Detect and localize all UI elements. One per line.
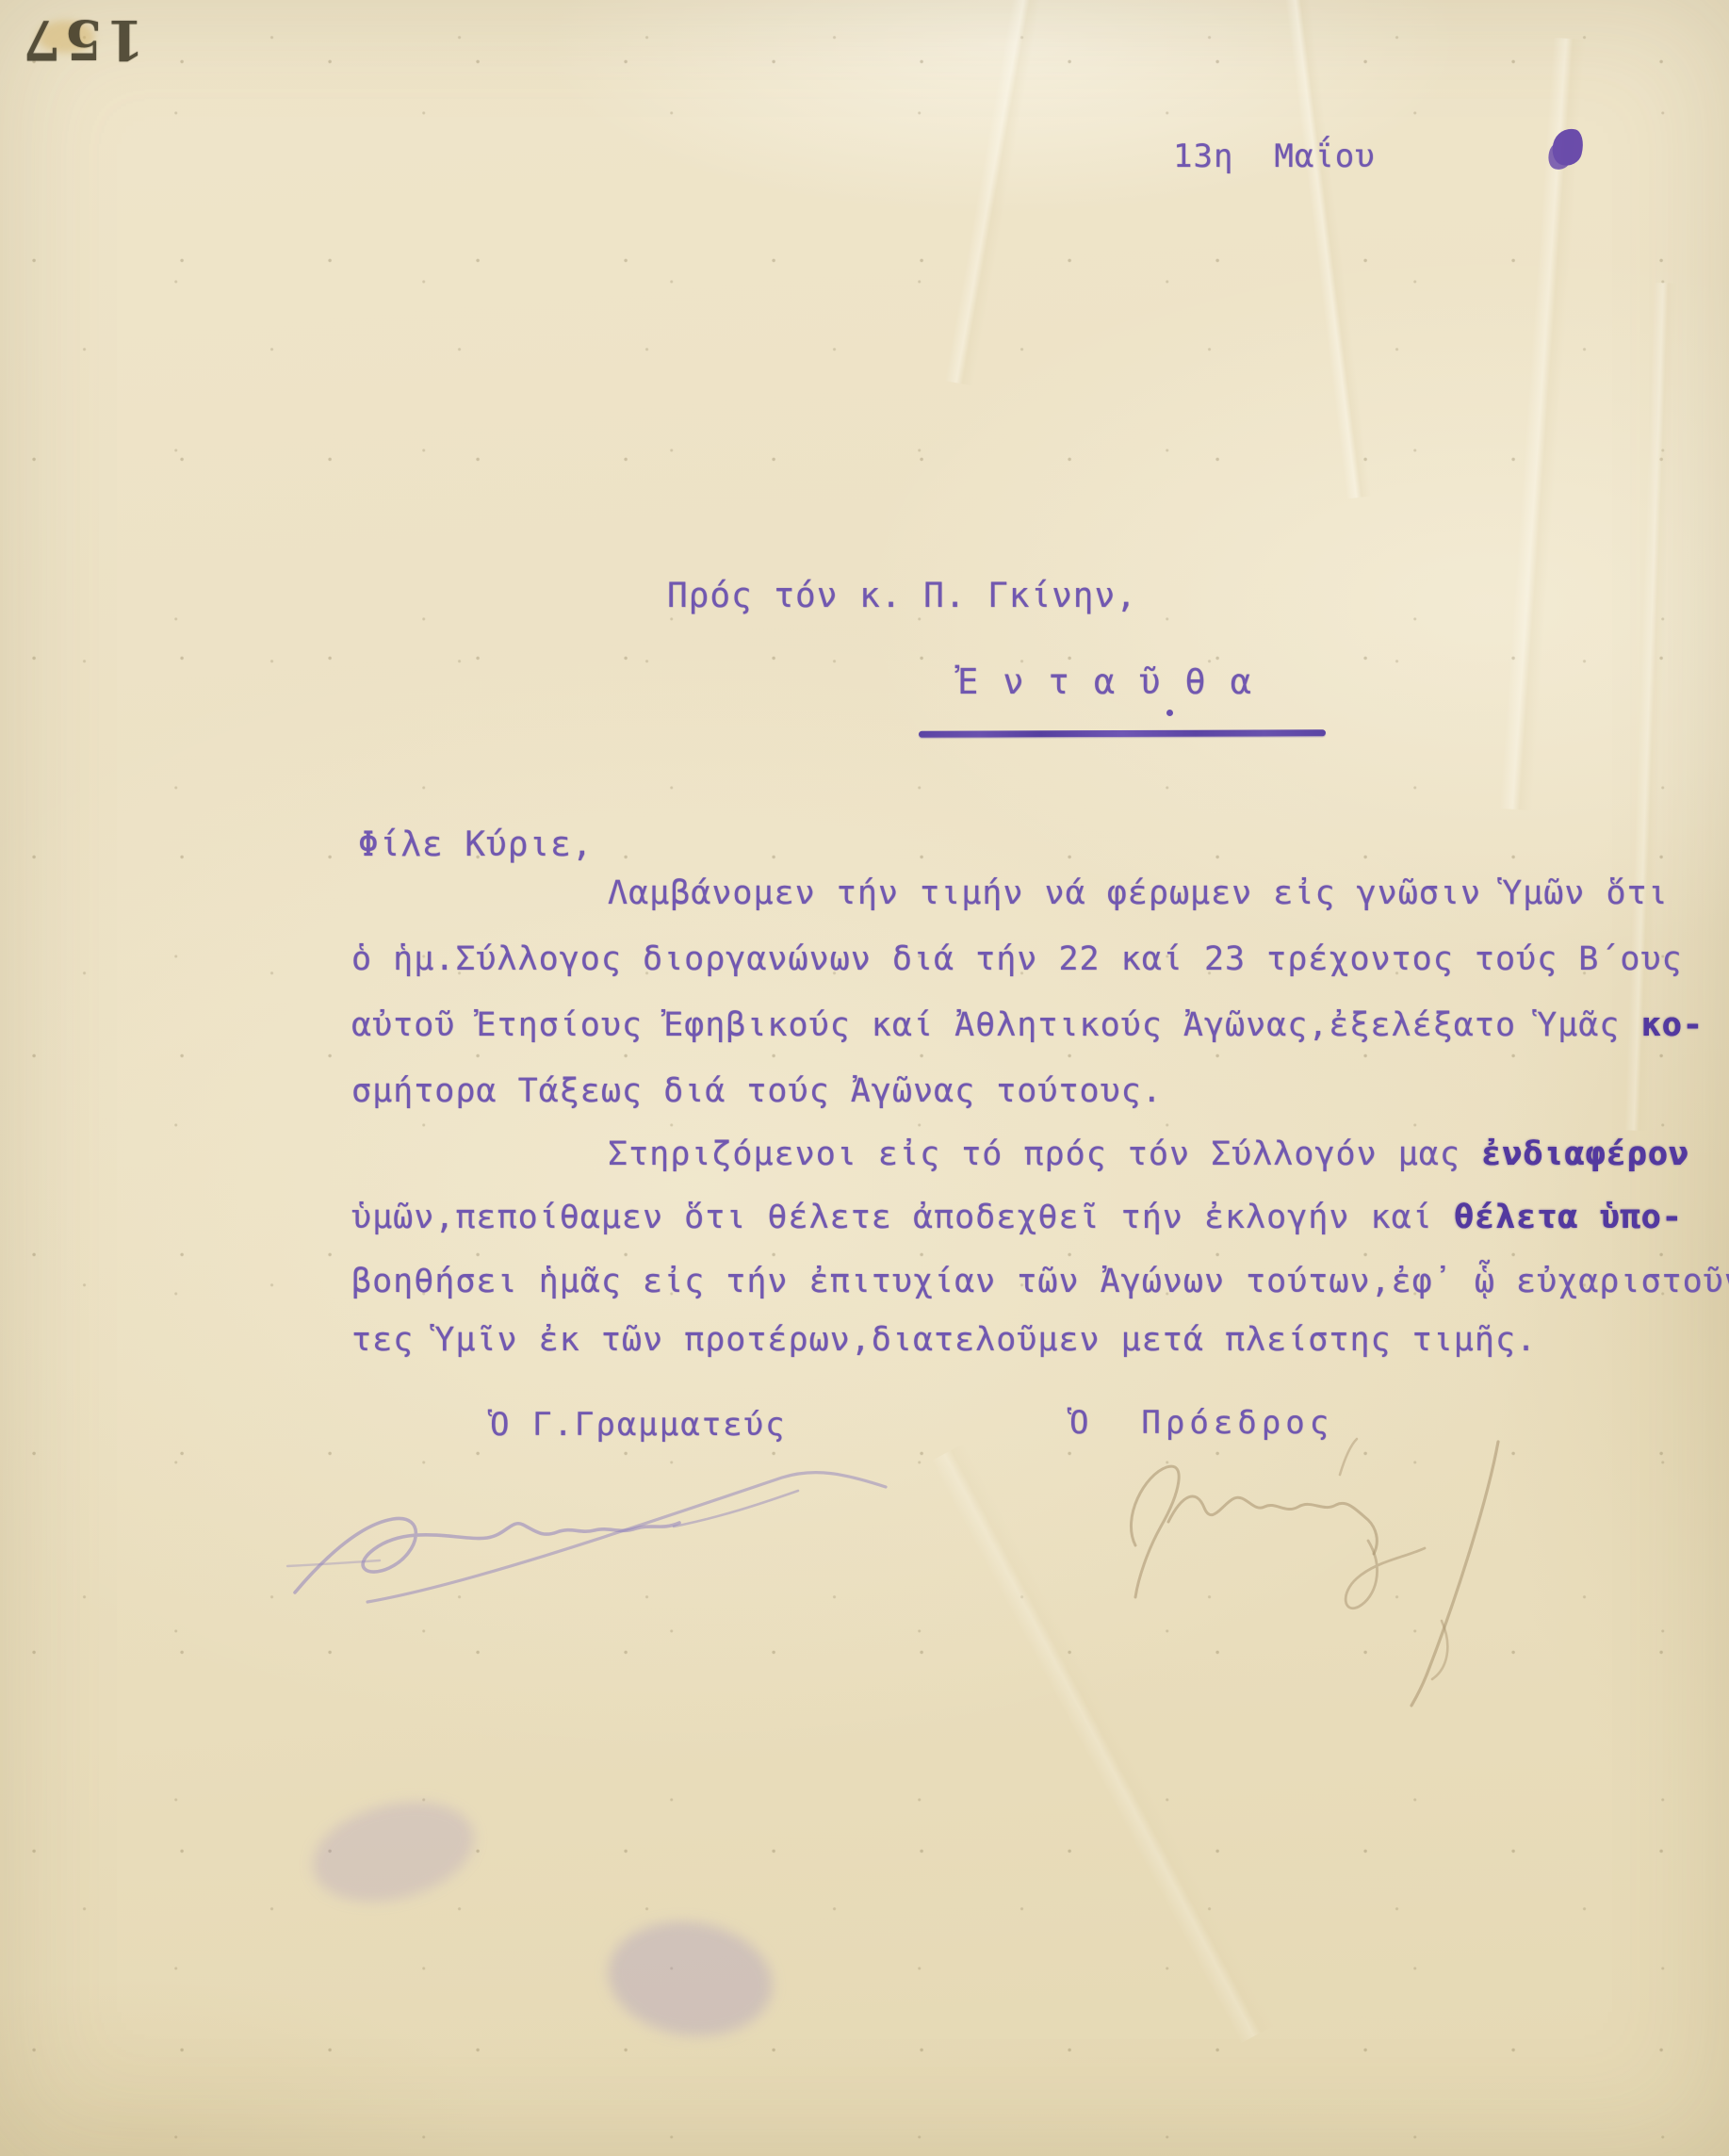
body-line: ὑμῶν,πεποίθαμεν ὅτι θέλετε ἀποδεχθεῖ τήν… xyxy=(351,1199,1683,1236)
secretary-signature xyxy=(269,1451,928,1611)
destination-heading: Ἐνταῦθα xyxy=(957,661,1276,702)
body-line: αὐτοῦ Ἐτησίους Ἐφηβικούς καί Ἀθλητικούς … xyxy=(351,1006,1704,1044)
paper-smudge xyxy=(601,1911,780,2046)
body-line: βοηθήσει ἡμᾶς εἰς τήν ἐπιτυχίαν τῶν Ἀγών… xyxy=(351,1263,1729,1300)
secretary-title: Ὁ Γ.Γραμματεύς xyxy=(490,1406,787,1444)
president-title: Ὁ Πρόεδρος xyxy=(1069,1404,1333,1442)
paper-smudge xyxy=(302,1786,485,1917)
letter-page: 157 13η Μαΐου Πρός τόν κ. Π. Γκίνην, Ἐντ… xyxy=(0,0,1729,2156)
date-line: 13η Μαΐου xyxy=(1173,138,1376,175)
destination-underline xyxy=(919,729,1326,738)
recipient-line: Πρός τόν κ. Π. Γκίνην, xyxy=(667,577,1137,615)
president-signature xyxy=(1093,1437,1621,1710)
salutation: Φίλε Κύριε, xyxy=(358,825,593,864)
paper-crease xyxy=(1624,283,1676,1131)
body-line: ὁ ἡμ.Σύλλογος διοργανώνων διά τήν 22 καί… xyxy=(351,940,1683,978)
ink-blot xyxy=(1549,125,1588,170)
body-line: Λαμβάνομεν τήν τιμήν νά φέρωμεν εἰς γνῶσ… xyxy=(608,874,1669,912)
ink-dot xyxy=(1166,710,1173,716)
body-line: τες Ὑμῖν ἐκ τῶν προτέρων,διατελοῦμεν μετ… xyxy=(351,1321,1537,1359)
paper-crease xyxy=(945,0,1043,385)
page-number-stamp: 157 xyxy=(19,8,144,72)
body-line: Στηριζόμενοι εἰς τό πρός τόν Σύλλογόν μα… xyxy=(608,1135,1689,1173)
body-line: σμήτορα Τάξεως διά τούς Ἀγῶνας τούτους. xyxy=(351,1072,1163,1110)
paper-crease xyxy=(1282,0,1371,498)
